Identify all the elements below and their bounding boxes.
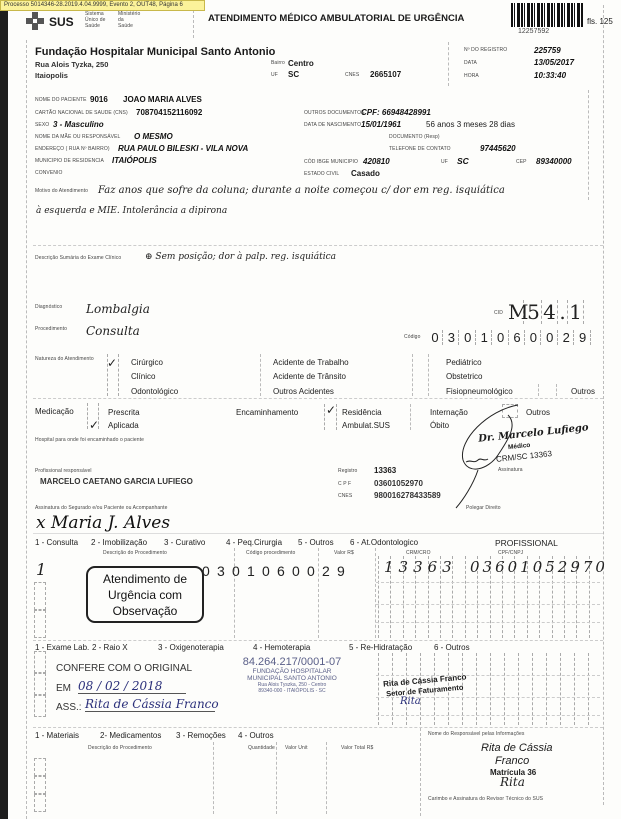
procedure-type-label: 3 - Curativo — [164, 538, 205, 547]
diagnostico-handwritten: Lombalgia — [86, 302, 150, 316]
code-digit: 2 — [559, 330, 574, 345]
code-digit: 1 — [247, 563, 255, 579]
service-type-label: 4 - Hemoterapia — [253, 643, 310, 652]
code-digit: 0 — [543, 330, 558, 345]
service-type-label: 6 - Outros — [434, 643, 470, 652]
code-digit: 6 — [510, 330, 525, 345]
cid-char: . — [558, 300, 568, 324]
code-digit: 0 — [428, 330, 443, 345]
sus-logo-text: SUS — [49, 15, 74, 29]
material-type-label: 2- Medicamentos — [100, 731, 161, 740]
code-digit: 0 — [494, 330, 509, 345]
professional-cpf: 03601052970 — [374, 479, 423, 488]
patient-cep: 89340000 — [536, 157, 572, 166]
revisor-stamp-name: Rita de Cássia — [481, 742, 553, 754]
motivo-handwritten-2: à esquerda e MIE. Intolerância a dipiron… — [36, 206, 227, 216]
revisor-stamp-surname: Franco — [495, 755, 529, 767]
grid-line — [376, 715, 600, 716]
cpf-handwritten: 03601052970 — [470, 558, 608, 576]
professional-name: MARCELO CAETANO GARCIA LUFIEGO — [40, 477, 193, 486]
revisor-signature: Rita — [500, 775, 525, 789]
code-digit: 0 — [292, 563, 300, 579]
data-value: 13/05/2017 — [534, 58, 574, 67]
observacao-stamp: Atendimento de Urgência com Observação — [86, 566, 204, 623]
code-digit: 0 — [262, 563, 270, 579]
grid-line — [465, 556, 466, 638]
material-type-label: 4 - Outros — [238, 731, 274, 740]
patient-phone: 97445620 — [480, 144, 516, 153]
cnpj-stamp: 84.264.217/0001-07 FUNDAÇÃO HOSPITALAR M… — [226, 656, 358, 704]
check-mark-icon: ✓ — [89, 418, 99, 432]
confere-signature: Rita de Cássia Franco — [85, 697, 215, 712]
document-page: SUS SistemaÚnico deSaúde MinistériodaSaú… — [8, 0, 621, 819]
grid-line — [376, 582, 600, 583]
procedimento-handwritten: Consulta — [86, 324, 140, 338]
patient-uf: SC — [457, 156, 469, 166]
check-mark-icon: ✓ — [326, 403, 336, 417]
code-digit: 0 — [232, 563, 240, 579]
uf-value: SC — [288, 70, 299, 79]
procedure-type-label: 2 - Imobilização — [91, 538, 147, 547]
ministry-label: MinistériodaSaúde — [118, 11, 140, 29]
cid-char: 4 — [542, 300, 558, 324]
code-digit: 0 — [526, 330, 541, 345]
patient-mother: O MESMO — [134, 132, 173, 141]
cnes-value: 2665107 — [370, 70, 401, 79]
grid-line — [376, 675, 600, 676]
barcode-number: 12257592 — [518, 28, 549, 35]
professional-registro: 13363 — [374, 466, 396, 475]
procedure-type-label: 1 - Consulta — [35, 538, 78, 547]
institution-name: Fundação Hospitalar Municipal Santo Anto… — [35, 46, 275, 58]
cid-char: M — [508, 300, 524, 324]
patient-name: JOAO MARIA ALVES — [123, 95, 202, 104]
patient-city: ITAIÓPOLIS — [112, 156, 157, 165]
bairro-value: Centro — [288, 59, 314, 68]
confere-ass-label: ASS.: — [56, 702, 82, 713]
patient-cns: 708704152116092 — [136, 108, 202, 117]
barcode — [511, 3, 583, 27]
service-type-label: 3 - Oxigenoterapia — [158, 643, 224, 652]
material-type-label: 1 - Materiais — [35, 731, 79, 740]
patient-age: 56 anos 3 meses 28 dias — [426, 120, 515, 129]
form-title: ATENDIMENTO MÉDICO AMBULATORIAL DE URGÊN… — [208, 13, 464, 24]
sus-logo-icon — [26, 12, 44, 30]
exame-handwritten: ⊕ Sem posição; dor à palp. reg. isquiáti… — [145, 252, 336, 262]
crm-handwritten: 13363 — [384, 558, 457, 576]
patient-sex: 3 - Masculino — [53, 120, 104, 129]
code-digit: 9 — [576, 330, 591, 345]
confere-date: 08 / 02 / 2018 — [78, 679, 186, 694]
patient-address: RUA PAULO BILESKI - VILA NOVA — [118, 144, 248, 153]
document-banner: Processo 5014346-28.2019.4.04.9999, Even… — [0, 0, 205, 11]
confere-em-label: EM — [56, 683, 71, 694]
patient-ibge: 420810 — [363, 157, 390, 166]
registro-value: 225759 — [534, 46, 561, 55]
patient-marital-status: Casado — [351, 169, 380, 178]
code-digit: 3 — [217, 563, 225, 579]
patient-id: 9016 — [90, 95, 108, 104]
procedure-qty: 1 — [36, 560, 46, 579]
motivo-handwritten-1: Faz anos que sofre da coluna; durante a … — [98, 185, 505, 196]
code-digit: 1 — [477, 330, 492, 345]
procedure-type-label: 5 - Outros — [298, 538, 334, 547]
code-digit: 9 — [337, 563, 345, 579]
patient-signature: x Maria J. Alves — [36, 513, 170, 533]
code-digit: 3 — [444, 330, 459, 345]
procedure-type-label: 6 - At.Odontologico — [350, 538, 418, 547]
procedure-type-label: 4 - Peq.Cirurgia — [226, 538, 282, 547]
confere-stamp: CONFERE COM O ORIGINAL — [56, 663, 192, 674]
grid-line — [376, 622, 600, 623]
cid-char: 5 — [526, 300, 542, 324]
hora-value: 10:33:40 — [534, 71, 566, 80]
service-type-label: 5 - Re-Hidratação — [349, 643, 412, 652]
institution-address: Rua Alois Tyzka, 250 — [35, 60, 108, 69]
check-mark-icon: ✓ — [107, 356, 117, 370]
faturamento-signature: Rita — [400, 696, 421, 707]
professional-cnes: 980016278433589 — [374, 491, 441, 500]
sus-subtitle: SistemaÚnico deSaúde — [85, 11, 106, 29]
patient-birthdate: 15/01/1961 — [361, 120, 401, 129]
material-type-label: 3 - Remoções — [176, 731, 226, 740]
page-number: fls. 125 — [587, 17, 613, 26]
code-digit: 0 — [307, 563, 315, 579]
institution-city: Itaiopolis — [35, 71, 68, 80]
grid-line — [376, 604, 600, 605]
patient-cpf: CPF: 66948428991 — [361, 108, 431, 117]
code-digit: 0 — [202, 563, 210, 579]
service-type-label: 2 - Raio X — [92, 643, 128, 652]
code-digit: 6 — [277, 563, 285, 579]
code-digit: 2 — [322, 563, 330, 579]
grid-line — [378, 556, 379, 638]
code-digit: 0 — [461, 330, 476, 345]
cid-char: 1 — [568, 300, 584, 324]
